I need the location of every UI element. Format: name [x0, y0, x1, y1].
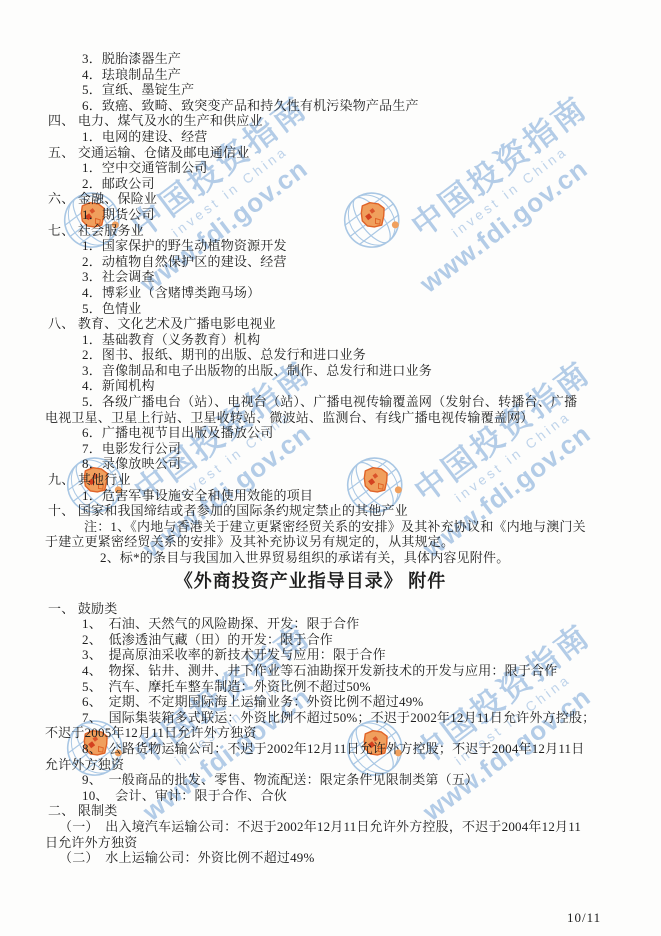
text-line: （二） 水上运输公司：外资比例不超过49% [59, 850, 661, 866]
text-line: 允许外方独资 [45, 757, 661, 773]
text-line: 1．危害军事设施安全和使用效能的项目 [82, 488, 661, 504]
text-line: 1．期货公司 [82, 207, 661, 223]
text-line: 一、 鼓励类 [48, 601, 661, 617]
text-line: 4．珐琅制品生产 [82, 67, 661, 83]
document-body: 3．脱胎漆器生产4．珐琅制品生产5．宣纸、墨锭生产6．致癌、致畸、致突变产品和持… [0, 51, 661, 866]
text-line: 5．色情业 [82, 301, 661, 317]
text-line: 1．国家保护的野生动植物资源开发 [82, 238, 661, 254]
text-line: 10、 会计、审计：限于合作、合伙 [82, 788, 661, 804]
text-line: 3、 提高原油采收率的新技术开发与应用：限于合作 [82, 647, 661, 663]
text-line: 八、 教育、文化艺术及广播电影电视业 [48, 316, 661, 332]
text-line: 2．动植物自然保护区的建设、经营 [82, 254, 661, 270]
text-line: 九、 其他行业 [48, 472, 661, 488]
page-number: 10/11 [567, 910, 601, 926]
text-line: 1．空中交通管制公司 [82, 160, 661, 176]
text-line: 5．各级广播电台（站）、电视台（站）、广播电视传输覆盖网（发射台、转播台、广播 [82, 394, 661, 410]
text-line: 4．博彩业（含赌博类跑马场） [82, 285, 661, 301]
text-line: 4．新闻机构 [82, 378, 661, 394]
text-line: 8、 公路货物运输公司：不迟于2002年12月11日允许外方控股；不迟于2004… [82, 741, 661, 757]
document-page: 中国投资指南 invest in China www.fdi.gov.cn 中国… [0, 0, 661, 936]
text-line: 2．图书、报纸、期刊的出版、总发行和进口业务 [82, 347, 661, 363]
text-line: 5．宣纸、墨锭生产 [82, 82, 661, 98]
text-line: 日允许外方独资 [45, 835, 661, 851]
text-line: 电视卫星、卫星上行站、卫星收转站、微波站、监测台、有线广播电视传输覆盖网） [45, 410, 661, 426]
prohibited-catalogue-section: 3．脱胎漆器生产4．珐琅制品生产5．宣纸、墨锭生产6．致癌、致畸、致突变产品和持… [0, 51, 661, 566]
text-line: 3．社会调查 [82, 269, 661, 285]
text-line: 3．音像制品和电子出版物的出版、制作、总发行和进口业务 [82, 363, 661, 379]
text-line: 2、 低渗透油气藏（田）的开发：限于合作 [82, 632, 661, 648]
text-line: 2．邮政公司 [82, 176, 661, 192]
text-line: 注：1、《内地与香港关于建立更紧密经贸关系的安排》及其补充协议和《内地与澳门关 [84, 519, 661, 535]
text-line: 不迟于2005年12月11日允许外方独资 [45, 725, 661, 741]
text-line: 8．录像放映公司 [82, 456, 661, 472]
text-line: 7、 国际集装箱多式联运：外资比例不超过50%；不迟于2002年12月11日允许… [82, 710, 661, 726]
text-line: 9、 一般商品的批发、零售、物流配送：限定条件见限制类第（五） [82, 772, 661, 788]
attachment-title: 《外商投资产业指导目录》 附件 [0, 570, 621, 592]
text-line: 六、 金融、保险业 [48, 191, 661, 207]
text-line: （一） 出入境汽车运输公司：不迟于2002年12月11日允许外方控股，不迟于20… [59, 819, 661, 835]
text-line: 2、标*的条目与我国加入世界贸易组织的承诺有关，具体内容见附件。 [100, 550, 661, 566]
text-line: 七、 社会服务业 [48, 223, 661, 239]
text-line: 1．基础教育（义务教育）机构 [82, 332, 661, 348]
text-line: 6．致癌、致畸、致突变产品和持久性有机污染物产品生产 [82, 98, 661, 114]
text-line: 1．电网的建设、经营 [82, 129, 661, 145]
text-line: 二、 限制类 [48, 803, 661, 819]
text-line: 6．广播电视节目出版及播放公司 [82, 425, 661, 441]
text-line: 五、 交通运输、仓储及邮电通信业 [48, 145, 661, 161]
text-line: 于建立更紧密经贸关系的安排》及其补充协议另有规定的，从其规定。 [45, 534, 661, 550]
text-line: 6、 定期、不定期国际海上运输业务：外资比例不超过49% [82, 694, 661, 710]
attachment-section: 一、 鼓励类1、 石油、天然气的风险勘探、开发：限于合作2、 低渗透油气藏（田）… [0, 601, 661, 866]
text-line: 5、 汽车、摩托车整车制造：外资比例不超过50% [82, 679, 661, 695]
text-line: 3．脱胎漆器生产 [82, 51, 661, 67]
text-line: 7．电影发行公司 [82, 441, 661, 457]
text-line: 4、 物探、钻井、测井、井下作业等石油勘探开发新技术的开发与应用：限于合作 [82, 663, 661, 679]
text-line: 四、 电力、煤气及水的生产和供应业 [48, 113, 661, 129]
text-line: 十、 国家和我国缔结或者参加的国际条约规定禁止的其他产业 [48, 503, 661, 519]
text-line: 1、 石油、天然气的风险勘探、开发：限于合作 [82, 616, 661, 632]
